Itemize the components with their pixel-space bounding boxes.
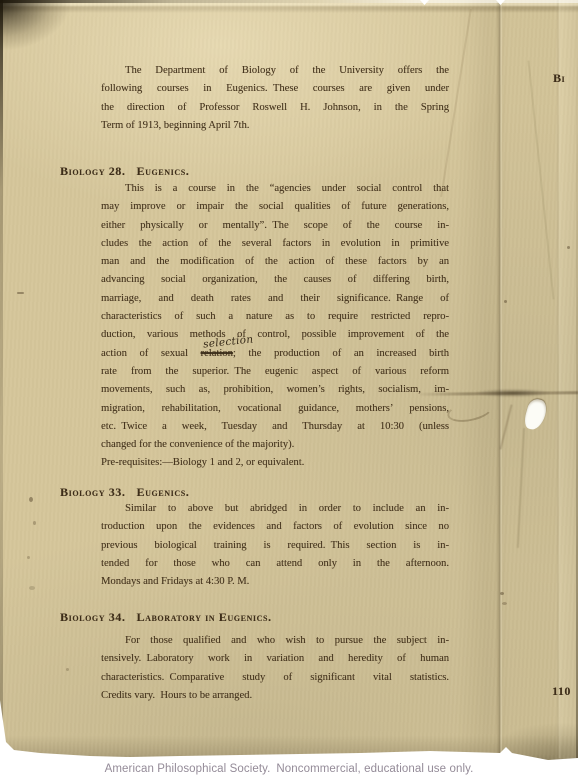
text-line: changed for the convenience of the major… (101, 436, 449, 454)
text-line: Mondays and Fridays at 4:30 P. M. (101, 573, 449, 591)
strikethrough-correction: relationselection (201, 348, 233, 359)
text-line: The Department of Biology of the Univers… (101, 62, 449, 80)
text-line: movements, such as, prohibition, women’s… (101, 381, 449, 399)
text-line: rate from the superior. The eugenic aspe… (101, 363, 449, 381)
text-line: Credits vary. Hours to be arranged. (101, 687, 449, 705)
text-line: tensively. Laboratory work in variation … (101, 650, 449, 668)
text-line: man and the modification of the action o… (101, 253, 449, 271)
copyright-caption: American Philosophical Society. Noncomme… (105, 761, 474, 780)
text-line: Term of 1913, beginning April 7th. (101, 117, 449, 135)
course-heading-biology-33: Biology 33.Eugenics. (60, 483, 189, 501)
text-line: may improve or impair the social qualiti… (101, 198, 449, 216)
text-line: marriage, and death rates and their sign… (101, 290, 449, 308)
text-line: the direction of Professor Roswell H. Jo… (101, 99, 449, 117)
text-line: characteristics. Comparative study of si… (101, 669, 449, 687)
text-line: etc. Twice a week, Tuesday and Thursday … (101, 418, 449, 436)
footer-strip: American Philosophical Society. Noncomme… (0, 755, 578, 780)
course-heading-biology-28: Biology 28.Eugenics. (60, 162, 189, 180)
course-paragraph-biology-34: For those qualified and who wish to purs… (101, 632, 449, 705)
course-title: Eugenics. (137, 164, 190, 178)
text-line: following courses in Eugenics. These cou… (101, 80, 449, 98)
text-line-with-correction: action of sexual relationselection; the … (101, 345, 449, 363)
paper-sheet: The Department of Biology of the Univers… (0, 0, 578, 762)
text-line: For those qualified and who wish to purs… (101, 632, 449, 650)
course-paragraph-biology-28: This is a course in the “agencies under … (101, 180, 449, 473)
course-number: Biology 33. (60, 485, 126, 499)
course-heading-biology-34: Biology 34.Laboratory in Eugenics. (60, 608, 272, 626)
course-paragraph-biology-33: Similar to above but abridged in order t… (101, 500, 449, 591)
text-line: cludes the action of the several factors… (101, 235, 449, 253)
text-line: migration, rehabilitation, vocational gu… (101, 400, 449, 418)
adjacent-page-fragment-bottom: 110 (552, 682, 571, 700)
text-line: either physically or mentally”. The scop… (101, 217, 449, 235)
course-number: Biology 34. (60, 610, 126, 624)
text-line: troduction upon the evidences and factor… (101, 518, 449, 536)
course-number: Biology 28. (60, 164, 126, 178)
course-title: Laboratory in Eugenics. (137, 610, 272, 624)
text-line: tended for those who can attend only in … (101, 555, 449, 573)
intro-paragraph: The Department of Biology of the Univers… (101, 62, 449, 135)
text-line: Similar to above but abridged in order t… (101, 500, 449, 518)
printed-text: The Department of Biology of the Univers… (0, 0, 578, 762)
prerequisites-line: Pre-requisites:—Biology 1 and 2, or equi… (101, 454, 449, 472)
text-line: advancing social organization, the cause… (101, 271, 449, 289)
adjacent-page-fragment-top: Bi (553, 69, 565, 87)
text-line: previous biological training is required… (101, 537, 449, 555)
text-line: duction, various methods of control, pos… (101, 326, 449, 344)
course-title: Eugenics. (137, 485, 190, 499)
text-run: action of sexual (101, 348, 201, 359)
text-run: ; the production of an increased birth (233, 348, 449, 359)
scanned-document: { "page": { "intro_lines": [ "The Depart… (0, 0, 578, 780)
text-line: This is a course in the “agencies under … (101, 180, 449, 198)
text-line: characteristics of such a nature as to r… (101, 308, 449, 326)
